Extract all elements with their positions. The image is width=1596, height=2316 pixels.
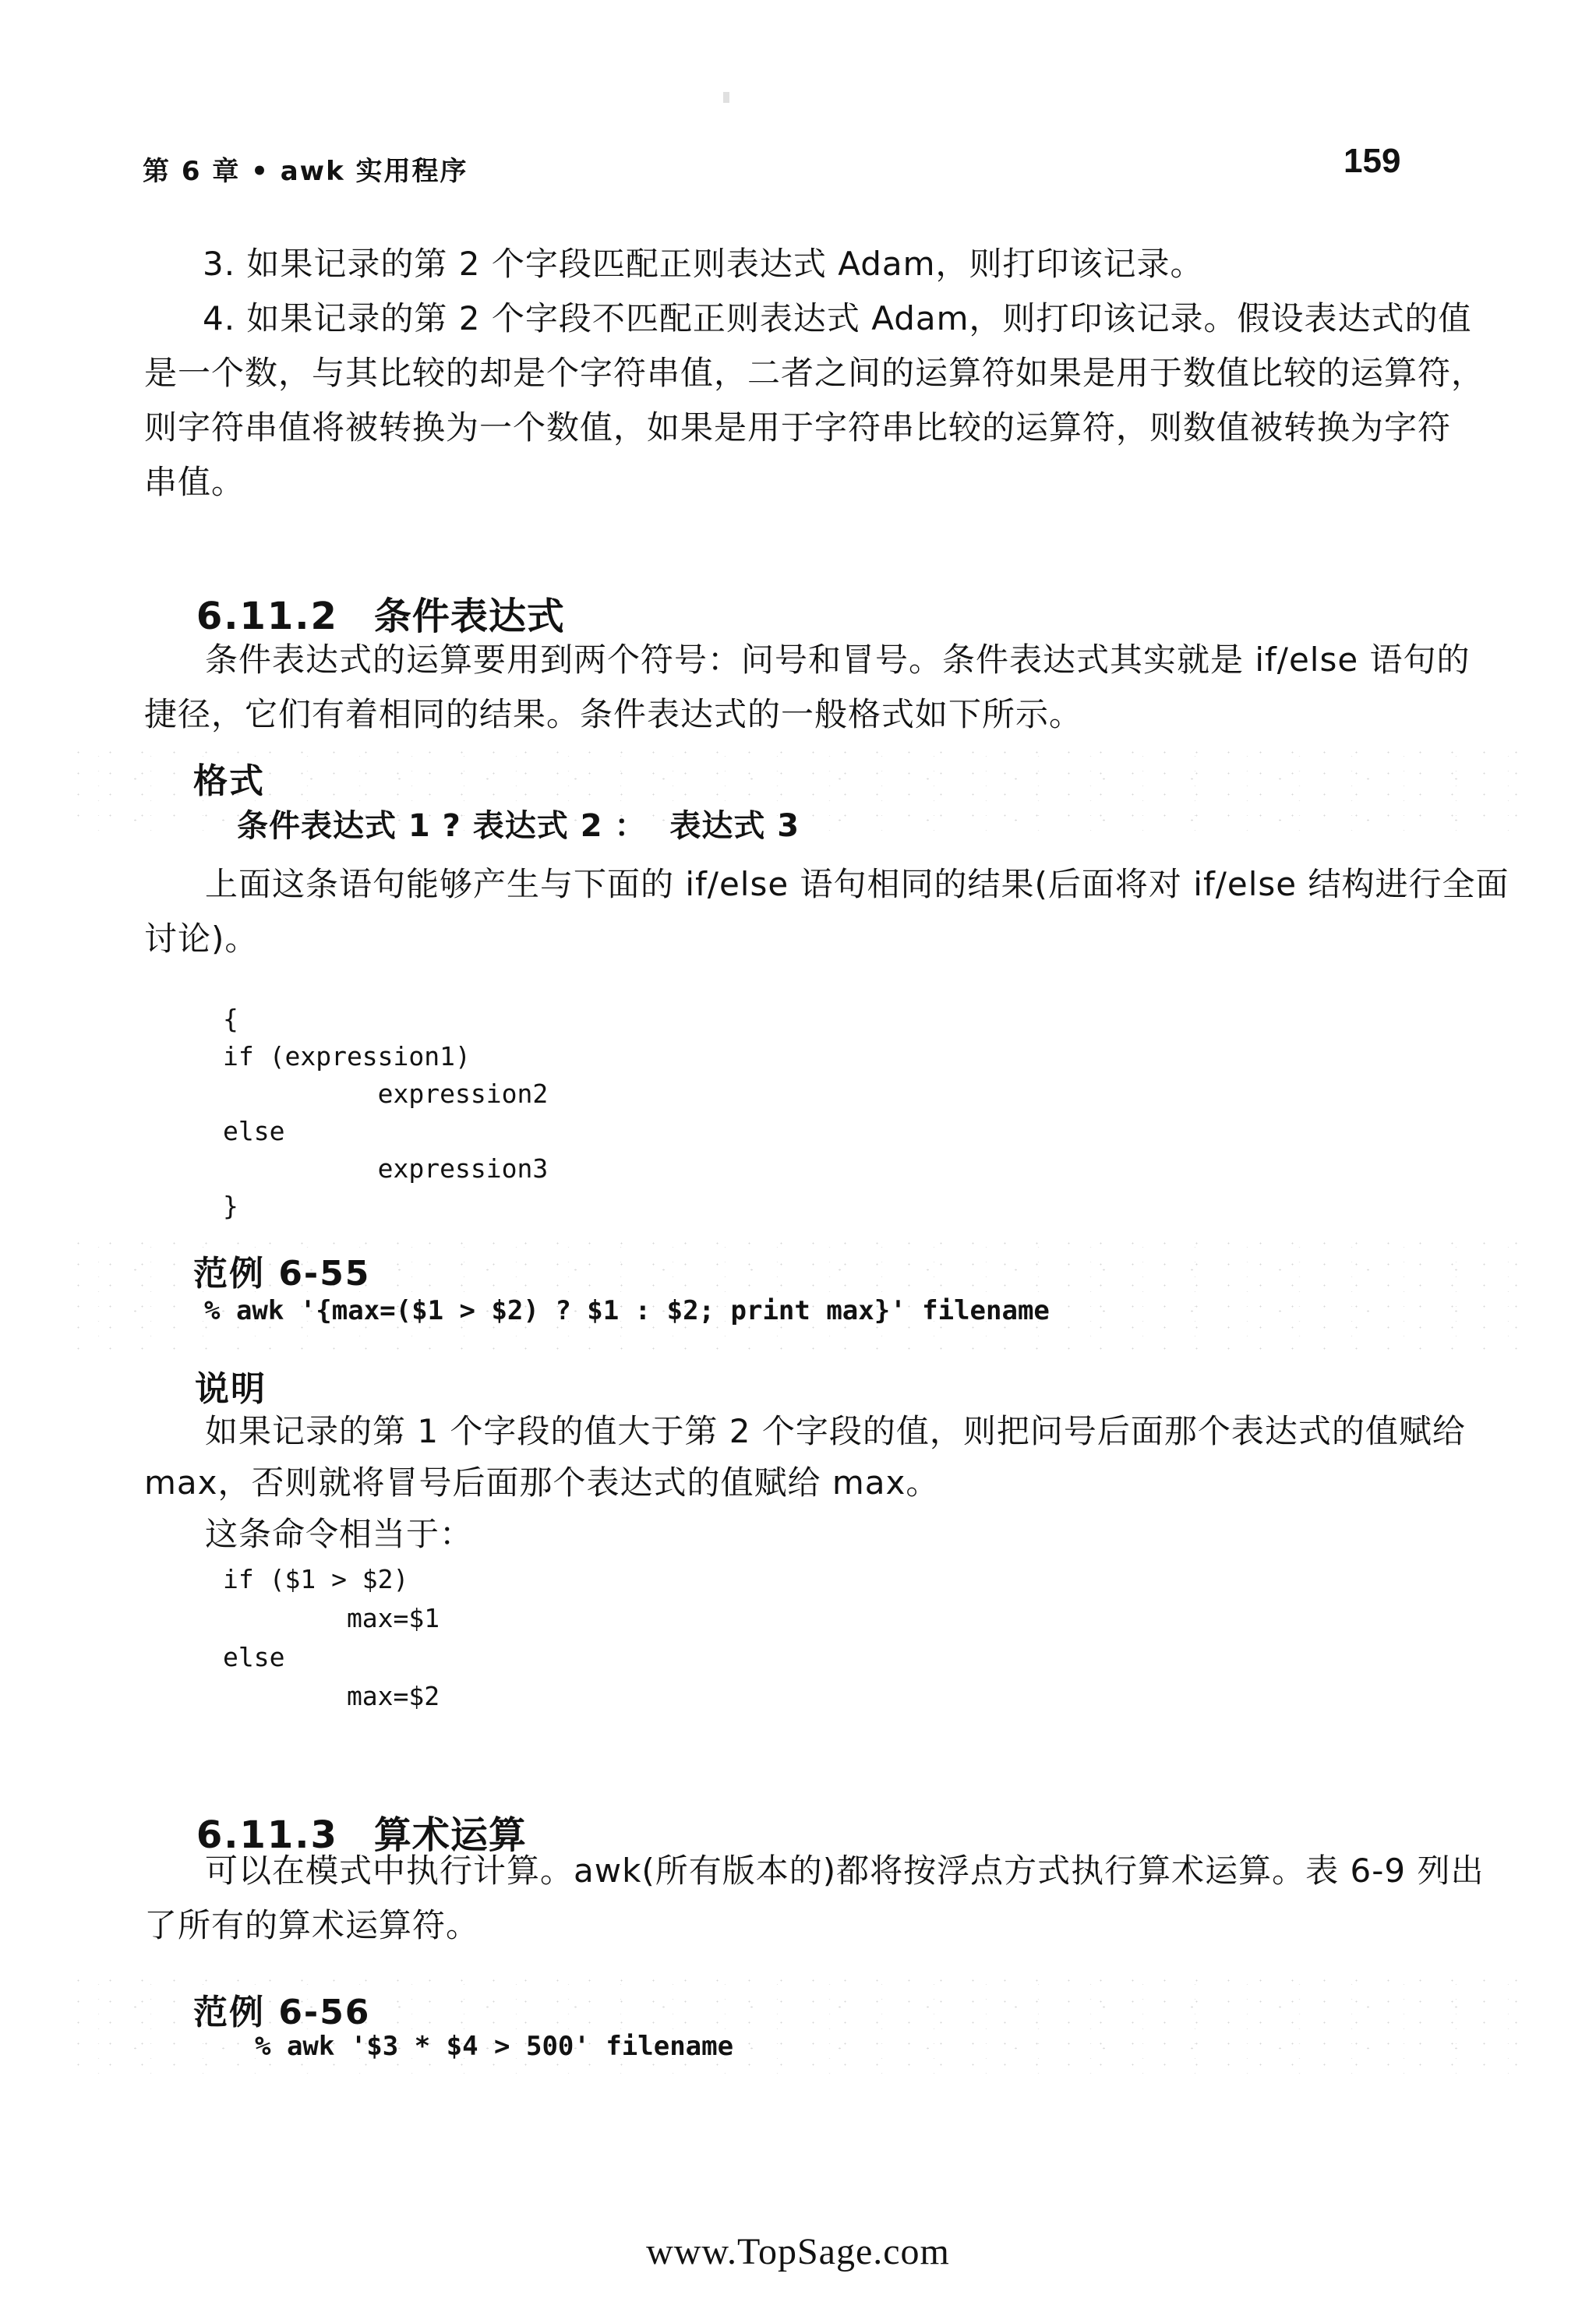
paragraph-line: max，否则就将冒号后面那个表达式的值赋给 max。 (144, 1457, 1547, 1509)
paragraph-line: 上面这条语句能够产生与下面的 if/else 语句相同的结果(后面将对 if/e… (144, 857, 1547, 912)
paragraph-line: 则字符串值将被转换为一个数值，如果是用于字符串比较的运算符，则数值被转换为字符 (144, 401, 1547, 455)
paragraph-line: 4. 如果记录的第 2 个字段不匹配正则表达式 Adam，则打印该记录。假设表达… (144, 291, 1547, 346)
code-line: } (223, 1188, 548, 1225)
paragraph-equivalent-result: 上面这条语句能够产生与下面的 if/else 语句相同的结果(后面将对 if/e… (144, 857, 1547, 966)
paragraph-line: 了所有的算术运算符。 (144, 1898, 1547, 1953)
awk-command-example-6-56: % awk '$3 * $4 > 500' filename (255, 2031, 733, 2062)
code-line: expression3 (223, 1150, 548, 1188)
format-label: 格式 (193, 753, 265, 803)
paragraph-note-explanation: 如果记录的第 1 个字段的值大于第 2 个字段的值，则把问号后面那个表达式的值赋… (144, 1406, 1547, 1560)
paragraph-line: 可以在模式中执行计算。awk(所有版本的)都将按浮点方式执行算术运算。表 6-9… (144, 1844, 1547, 1898)
paragraph-line: 讨论)。 (144, 912, 1547, 966)
paragraph-regex-match-rules: 3. 如果记录的第 2 个字段匹配正则表达式 Adam，则打印该记录。 4. 如… (144, 237, 1547, 510)
code-line: max=$2 (223, 1677, 440, 1716)
conditional-syntax-line: 条件表达式 1 ? 表达式 2 ： 表达式 3 (237, 801, 800, 846)
code-block-max-assignment: if ($1 > $2) max=$1 else max=$2 (223, 1560, 440, 1716)
running-header-chapter: 第 6 章 • awk 实用程序 (143, 150, 468, 188)
section-title: 条件表达式 (374, 595, 565, 638)
code-line: { (223, 1001, 548, 1038)
footer-site-url: www.TopSage.com (0, 2230, 1596, 2273)
code-line: else (223, 1113, 548, 1150)
example-6-56-label: 范例 6-56 (193, 1984, 370, 2034)
paragraph-line: 如果记录的第 1 个字段的值大于第 2 个字段的值，则把问号后面那个表达式的值赋… (144, 1406, 1547, 1457)
paragraph-line: 3. 如果记录的第 2 个字段匹配正则表达式 Adam，则打印该记录。 (144, 237, 1547, 291)
code-line: expression2 (223, 1075, 548, 1113)
paragraph-conditional-intro: 条件表达式的运算要用到两个符号：问号和冒号。条件表达式其实就是 if/else … (144, 633, 1547, 742)
section-number: 6.11.2 (196, 595, 338, 638)
page-number: 159 (1344, 142, 1400, 181)
scan-speck (723, 92, 729, 103)
code-line: if (expression1) (223, 1038, 548, 1075)
awk-command-example-6-55: % awk '{max=($1 > $2) ? $1 : $2; print m… (204, 1295, 1050, 1326)
paragraph-line: 条件表达式的运算要用到两个符号：问号和冒号。条件表达式其实就是 if/else … (144, 633, 1547, 687)
paragraph-arithmetic-intro: 可以在模式中执行计算。awk(所有版本的)都将按浮点方式执行算术运算。表 6-9… (144, 1844, 1547, 1953)
code-line: if ($1 > $2) (223, 1560, 440, 1599)
note-label: 说明 (195, 1361, 267, 1410)
code-line: else (223, 1638, 440, 1677)
code-line: max=$1 (223, 1599, 440, 1638)
paragraph-line: 是一个数，与其比较的却是个字符串值，二者之间的运算符如果是用于数值比较的运算符， (144, 346, 1547, 401)
code-block-if-else-expressions: { if (expression1) expression2 else expr… (223, 1001, 548, 1225)
paragraph-line: 这条命令相当于： (144, 1509, 1547, 1560)
example-6-55-label: 范例 6-55 (193, 1245, 370, 1295)
paragraph-line: 串值。 (144, 455, 1547, 510)
scanned-book-page: 第 6 章 • awk 实用程序 159 3. 如果记录的第 2 个字段匹配正则… (0, 0, 1596, 2316)
paragraph-line: 捷径，它们有着相同的结果。条件表达式的一般格式如下所示。 (144, 687, 1547, 742)
